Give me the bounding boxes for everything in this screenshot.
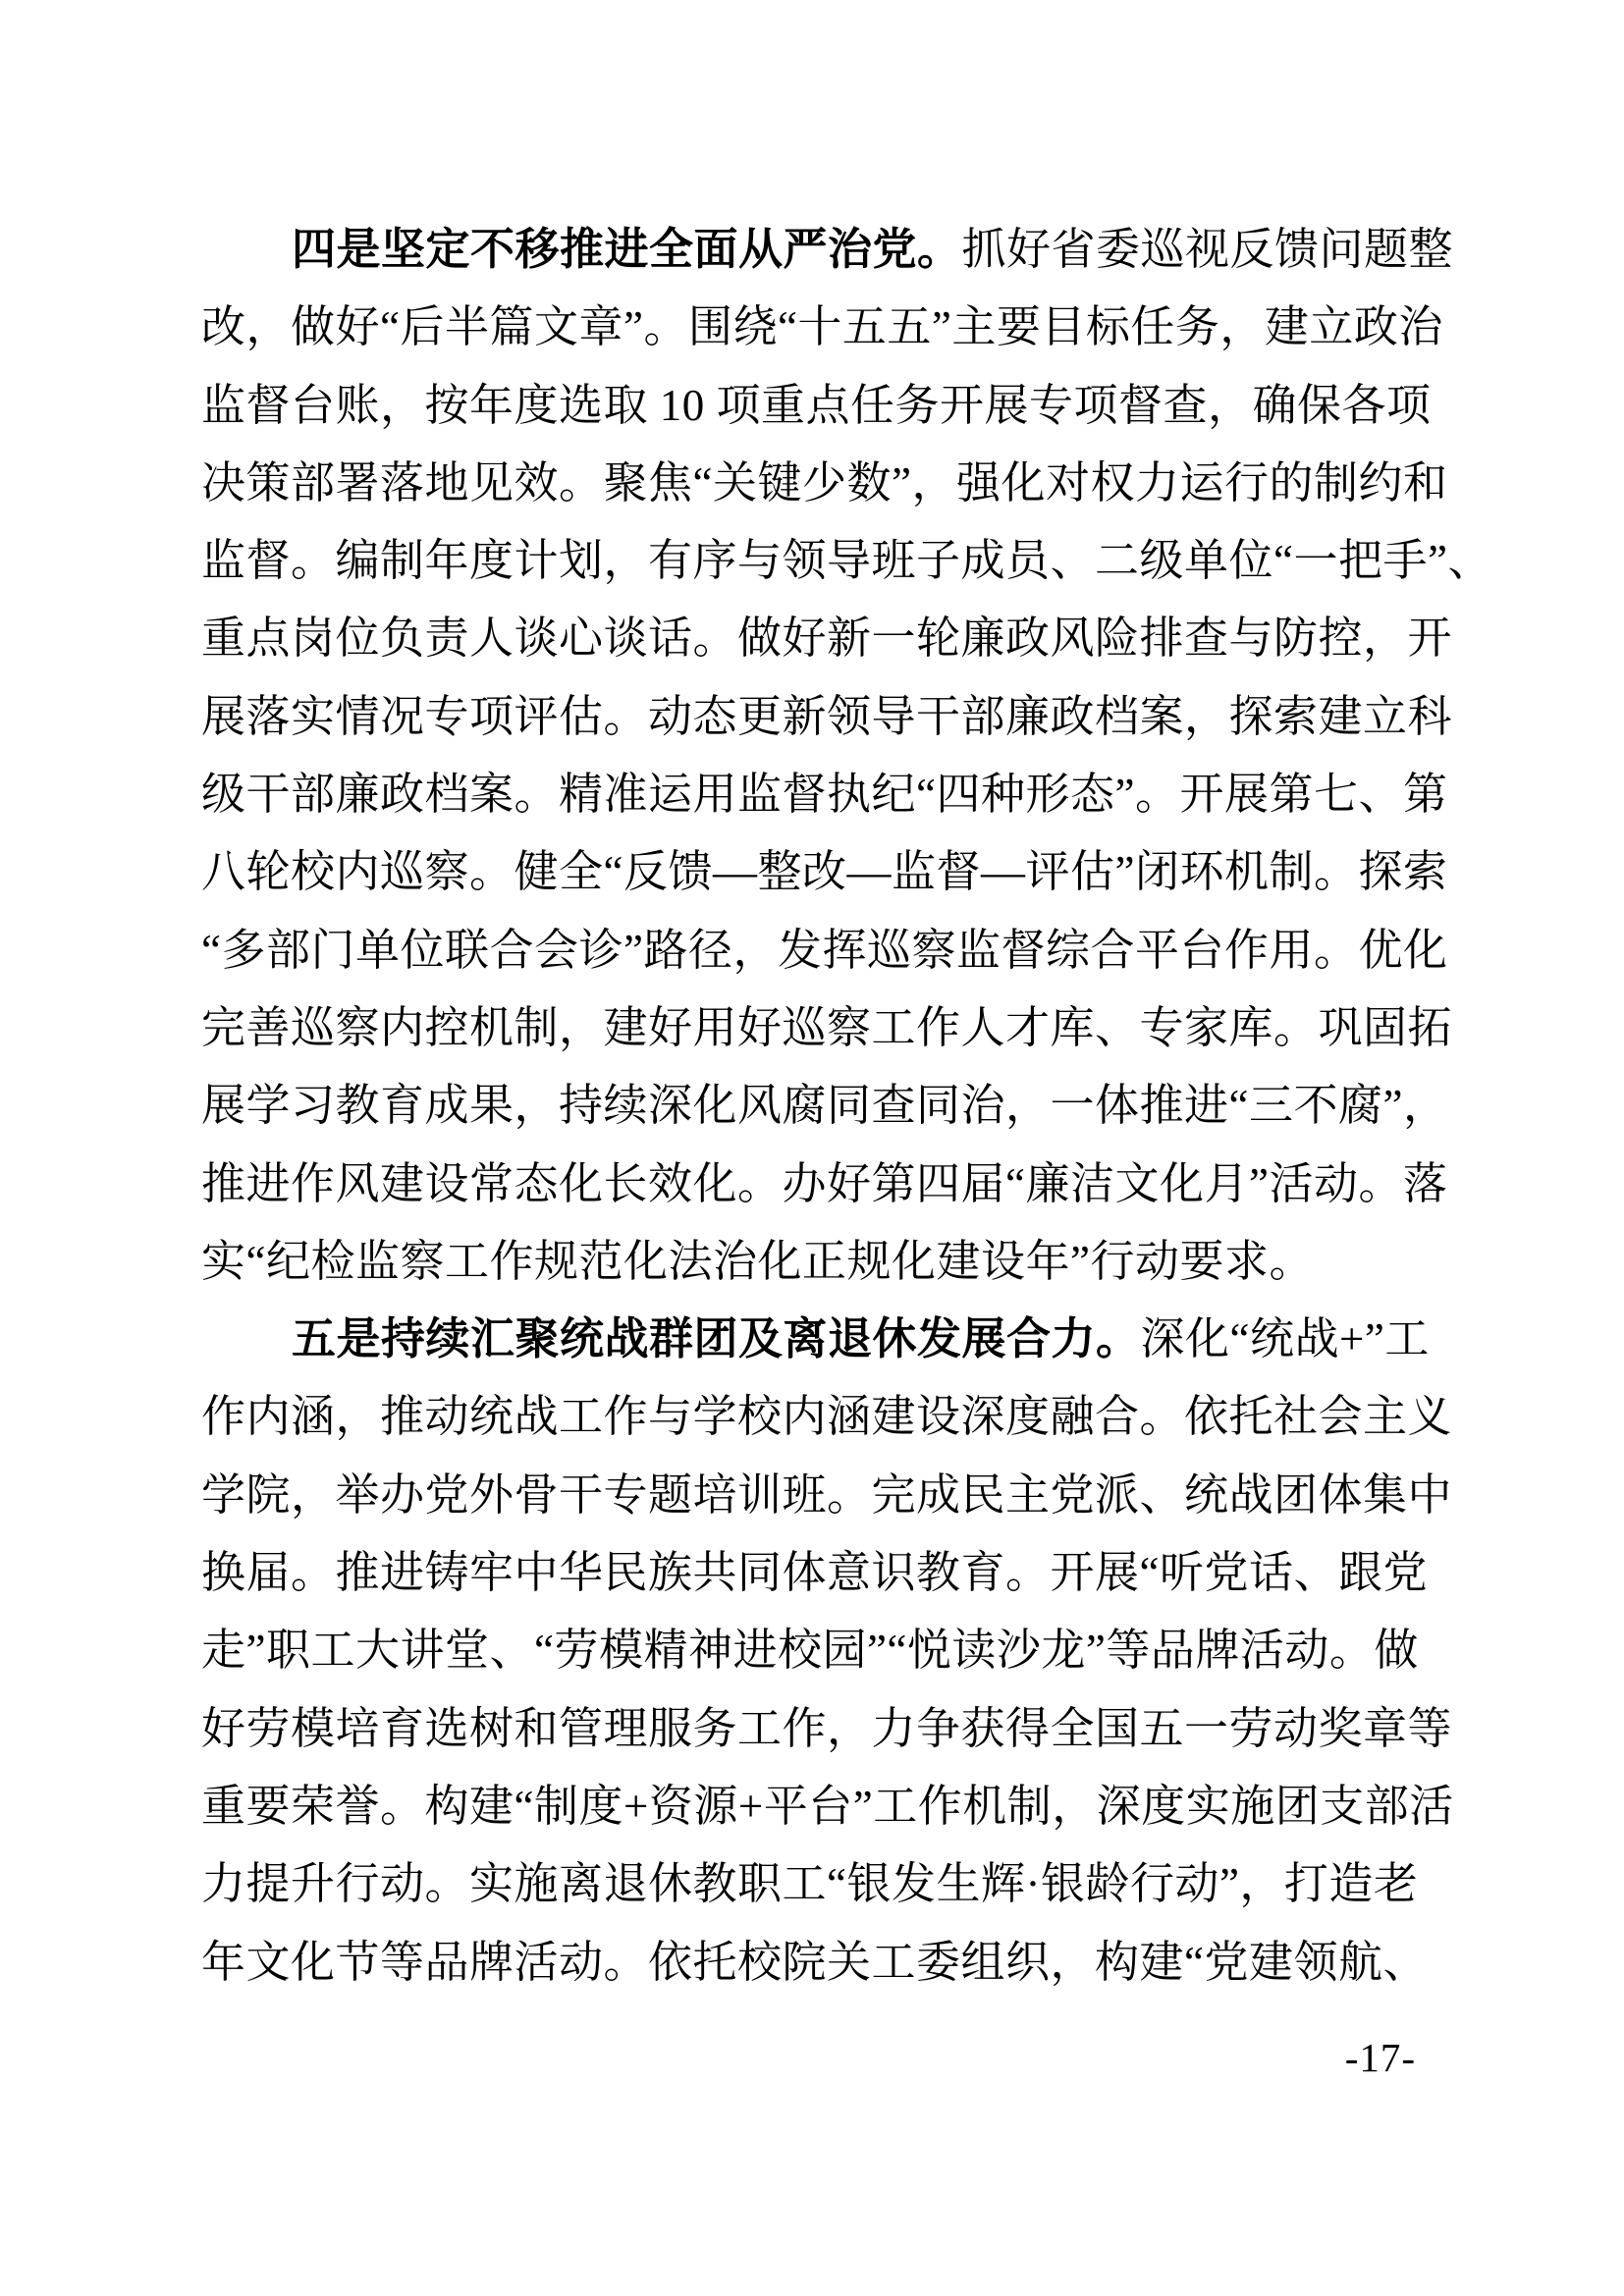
- text-line: 作内涵，推动统战工作与学校内涵建设深度融合。依托社会主义: [201, 1378, 1416, 1456]
- text-line: 力提升行动。实施离退休教职工“银发生辉·银龄行动”，打造老: [201, 1845, 1416, 1923]
- text-line: 展学习教育成果，持续深化风腐同查同治，一体推进“三不腐”，: [201, 1067, 1416, 1145]
- text-line: 改，做好“后半篇文章”。围绕“十五五”主要目标任务，建立政治: [201, 289, 1416, 366]
- line-text-run: 深化“统战+”工: [1141, 1314, 1430, 1363]
- text-line: 四是坚定不移推进全面从严治党。抓好省委巡视反馈问题整: [201, 211, 1416, 289]
- text-line: 监督台账，按年度选取 10 项重点任务开展专项督查，确保各项: [201, 367, 1416, 445]
- line-text-run: 学院，举办党外骨干专题培训班。完成民主党派、统战团体集中: [201, 1470, 1452, 1520]
- text-line: 实“纪检监察工作规范化法治化正规化建设年”行动要求。: [201, 1223, 1416, 1301]
- line-text-run: 年文化节等品牌活动。依托校院关工委组织，构建“党建领航、: [201, 1938, 1428, 1987]
- text-line: 八轮校内巡察。健全“反馈—整改—监督—评估”闭环机制。探索: [201, 833, 1416, 911]
- text-line: 展落实情况专项评估。动态更新领导干部廉政档案，探索建立科: [201, 678, 1416, 756]
- line-text-run: 好劳模培育选树和管理服务工作，力争获得全国五一劳动奖章等: [201, 1704, 1452, 1753]
- line-text-run: 推进作风建设常态化长效化。办好第四届“廉洁文化月”活动。落: [201, 1159, 1447, 1208]
- text-line: 决策部署落地见效。聚焦“关键少数”，强化对权力运行的制约和: [201, 445, 1416, 522]
- line-text-run: 级干部廉政档案。精准运用监督执纪“四种形态”。开展第七、第: [201, 770, 1447, 819]
- line-text-run: 决策部署落地见效。聚焦“关键少数”，强化对权力运行的制约和: [201, 458, 1447, 507]
- line-text-run: 展学习教育成果，持续深化风腐同查同治，一体推进“三不腐”，: [201, 1081, 1447, 1130]
- document-page: 四是坚定不移推进全面从严治党。抓好省委巡视反馈问题整 改，做好“后半篇文章”。围…: [0, 0, 1624, 2296]
- line-text-run: 作内涵，推动统战工作与学校内涵建设深度融合。依托社会主义: [201, 1392, 1452, 1441]
- line-text-run: 监督。编制年度计划，有序与领导班子成员、二级单位“一把手”、: [201, 536, 1492, 585]
- line-text-run: 改，做好“后半篇文章”。围绕“十五五”主要目标任务，建立政治: [201, 302, 1443, 351]
- line-text-run: 重要荣誉。构建“制度+资源+平台”工作机制，深度实施团支部活: [201, 1782, 1454, 1831]
- line-text-run: 展落实情况专项评估。动态更新领导干部廉政档案，探索建立科: [201, 692, 1452, 741]
- line-text-run: 监督台账，按年度选取 10 项重点任务开展专项督查，确保各项: [201, 381, 1432, 430]
- line-text-run: 换届。推进铸牢中华民族共同体意识教育。开展“听党话、跟党: [201, 1548, 1428, 1597]
- line-text-run: 走”职工大讲堂、“劳模精神进校园”“悦读沙龙”等品牌活动。做: [201, 1626, 1419, 1675]
- text-line: 重要荣誉。构建“制度+资源+平台”工作机制，深度实施团支部活: [201, 1768, 1416, 1845]
- text-line: 重点岗位负责人谈心谈话。做好新一轮廉政风险排查与防控，开: [201, 600, 1416, 677]
- text-line: “多部门单位联合会诊”路径，发挥巡察监督综合平台作用。优化: [201, 912, 1416, 989]
- text-line: 好劳模培育选树和管理服务工作，力争获得全国五一劳动奖章等: [201, 1690, 1416, 1768]
- text-line: 监督。编制年度计划，有序与领导班子成员、二级单位“一把手”、: [201, 522, 1416, 600]
- line-text-run: “多部门单位联合会诊”路径，发挥巡察监督综合平台作用。优化: [201, 926, 1447, 975]
- line-bold-run: 五是持续汇聚统战群团及离退休发展合力。: [292, 1314, 1141, 1363]
- line-text-run: 完善巡察内控机制，建好用好巡察工作人才库、专家库。巩固拓: [201, 1003, 1452, 1052]
- line-text-run: 抓好省委巡视反馈问题整: [962, 225, 1454, 274]
- text-block: 四是坚定不移推进全面从严治党。抓好省委巡视反馈问题整 改，做好“后半篇文章”。围…: [201, 211, 1416, 2002]
- text-line: 五是持续汇聚统战群团及离退休发展合力。深化“统战+”工: [201, 1301, 1416, 1378]
- text-line: 完善巡察内控机制，建好用好巡察工作人才库、专家库。巩固拓: [201, 989, 1416, 1067]
- line-bold-run: 四是坚定不移推进全面从严治党。: [292, 225, 962, 274]
- text-line: 换届。推进铸牢中华民族共同体意识教育。开展“听党话、跟党: [201, 1534, 1416, 1612]
- line-text-run: 力提升行动。实施离退休教职工“银发生辉·银龄行动”，打造老: [201, 1859, 1418, 1908]
- line-text-run: 实“纪检监察工作规范化法治化正规化建设年”行动要求。: [201, 1237, 1314, 1286]
- text-line: 年文化节等品牌活动。依托校院关工委组织，构建“党建领航、: [201, 1924, 1416, 2002]
- text-line: 走”职工大讲堂、“劳模精神进校园”“悦读沙龙”等品牌活动。做: [201, 1612, 1416, 1689]
- line-text-run: 八轮校内巡察。健全“反馈—整改—监督—评估”闭环机制。探索: [201, 847, 1447, 896]
- text-line: 级干部廉政档案。精准运用监督执纪“四种形态”。开展第七、第: [201, 756, 1416, 833]
- line-text-run: 重点岗位负责人谈心谈话。做好新一轮廉政风险排查与防控，开: [201, 614, 1452, 663]
- text-line: 学院，举办党外骨干专题培训班。完成民主党派、统战团体集中: [201, 1457, 1416, 1534]
- page-number: -17-: [1345, 2034, 1416, 2081]
- text-line: 推进作风建设常态化长效化。办好第四届“廉洁文化月”活动。落: [201, 1146, 1416, 1223]
